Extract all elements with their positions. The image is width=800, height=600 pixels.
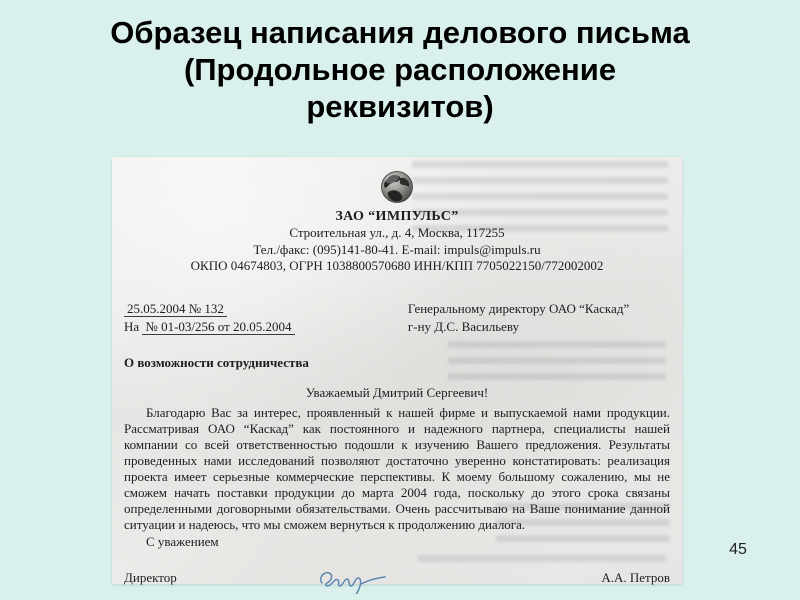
closing-phrase: С уважением — [124, 534, 670, 550]
slide-title-line3: реквизитов) — [0, 88, 800, 125]
scanned-business-letter: ЗАО “ИМПУЛЬС” Строительная ул., д. 4, Мо… — [112, 157, 682, 584]
company-contacts: Тел./факс: (095)141-80-41. E-mail: impul… — [124, 242, 670, 259]
reference-prefix: На — [124, 319, 139, 334]
reference-recipient-row: 25.05.2004 № 132 На № 01-03/256 от 20.05… — [124, 300, 670, 336]
recipient-line1: Генеральному директору ОАО “Каскад” — [408, 300, 670, 318]
recipient-line2: г-ну Д.С. Васильеву — [408, 318, 670, 336]
signer-title: Директор — [124, 570, 177, 586]
page-number: 45 — [718, 541, 758, 559]
letterhead: ЗАО “ИМПУЛЬС” Строительная ул., д. 4, Мо… — [124, 157, 670, 275]
company-codes: ОКПО 04674803, ОГРН 1038800570680 ИНН/КП… — [124, 258, 670, 275]
letter-content: ЗАО “ИМПУЛЬС” Строительная ул., д. 4, Мо… — [124, 157, 670, 594]
subject-line: О возможности сотрудничества — [124, 355, 670, 371]
handwritten-signature-icon — [306, 562, 402, 594]
slide-title-line1: Образец написания делового письма — [0, 14, 800, 51]
date-number-line: 25.05.2004 № 132 — [124, 300, 375, 318]
slide-title: Образец написания делового письма (Продо… — [0, 0, 800, 125]
globe-icon — [380, 170, 414, 204]
reply-reference-line: На № 01-03/256 от 20.05.2004 — [124, 318, 375, 336]
slide-title-line2: (Продольное расположение — [0, 51, 800, 88]
signer-name: А.А. Петров — [601, 570, 670, 586]
letter-body: Благодарю Вас за интерес, проявленный к … — [124, 405, 670, 533]
recipient-block: Генеральному директору ОАО “Каскад” г-ну… — [408, 300, 670, 336]
salutation: Уважаемый Дмитрий Сергеевич! — [124, 385, 670, 401]
signature-row: Директор А.А. Петров — [124, 562, 670, 594]
company-address: Строительная ул., д. 4, Москва, 117255 — [124, 225, 670, 242]
presentation-slide: Образец написания делового письма (Продо… — [0, 0, 800, 600]
company-name: ЗАО “ИМПУЛЬС” — [124, 209, 670, 225]
date-number-value: 25.05.2004 № 132 — [124, 301, 227, 317]
reference-value: № 01-03/256 от 20.05.2004 — [142, 319, 294, 335]
reference-block: 25.05.2004 № 132 На № 01-03/256 от 20.05… — [124, 300, 375, 336]
